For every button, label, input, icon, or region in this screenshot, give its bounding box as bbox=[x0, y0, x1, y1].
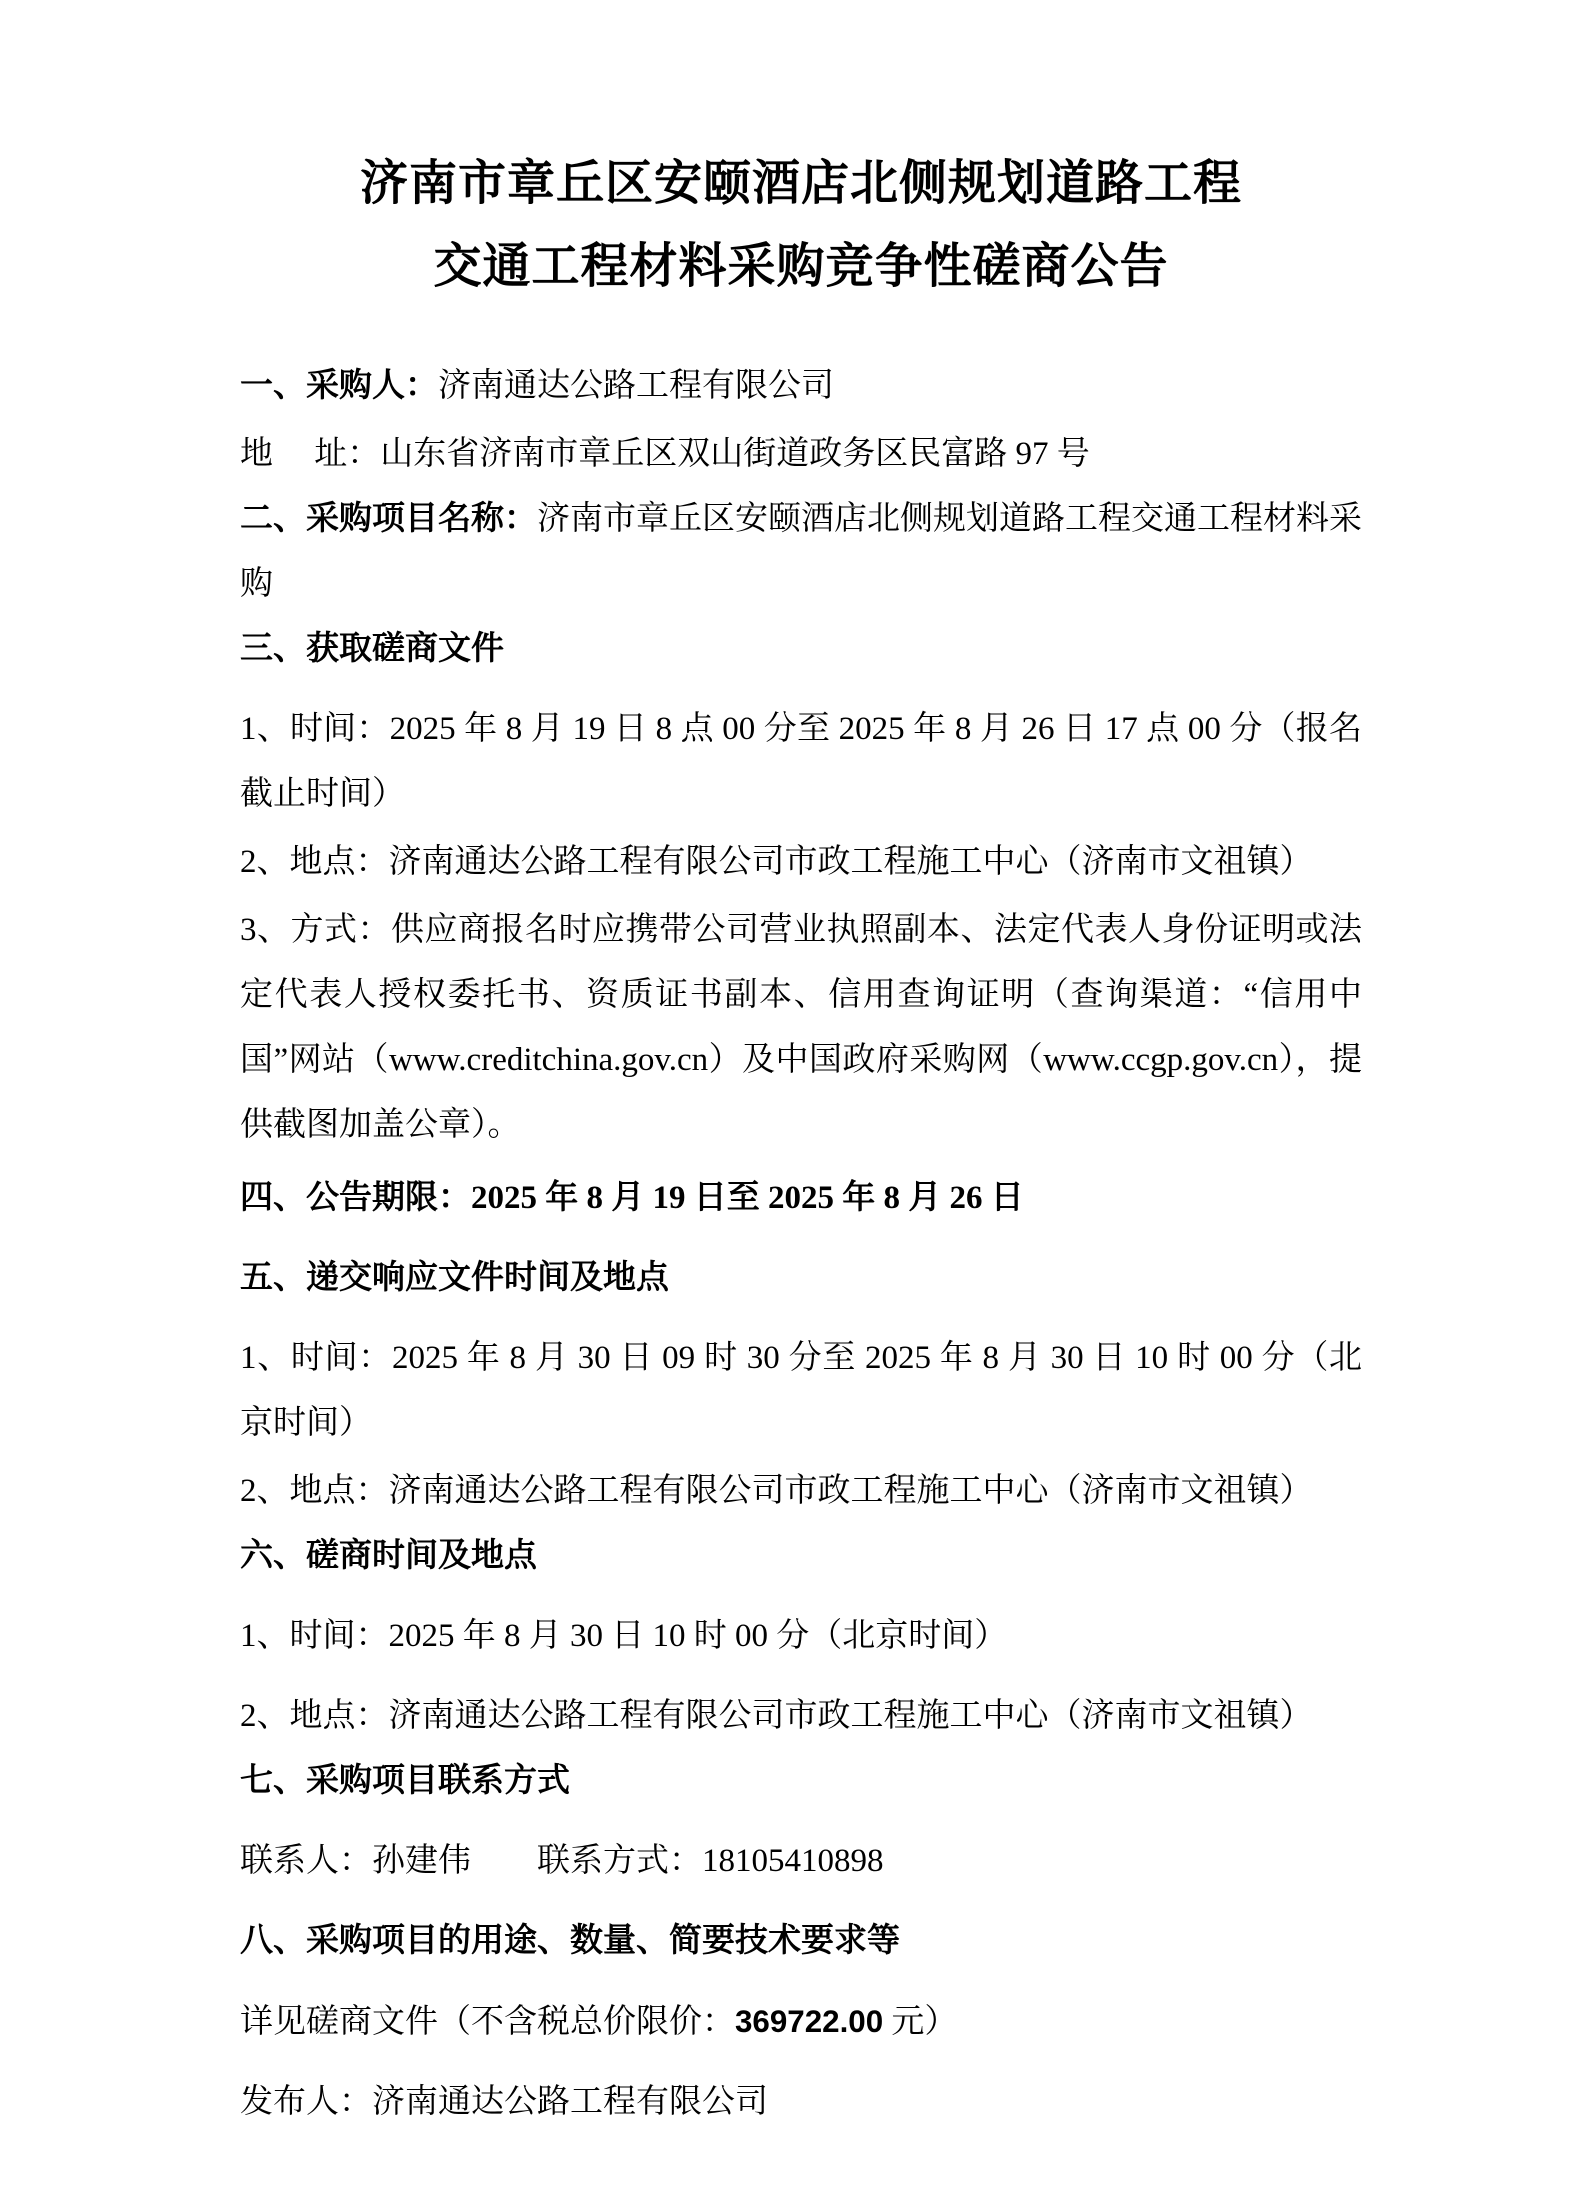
detail-suffix-text: 元） bbox=[883, 2004, 957, 2040]
section-3-item-3-method: 3、方式：供应商报名时应携带公司营业执照副本、法定代表人身份证明或法定代表人授权… bbox=[240, 898, 1362, 1158]
section-5-location-text: 2、地点：济南通达公路工程有限公司市政工程施工中心（济南市文祖镇） bbox=[240, 1473, 1313, 1509]
purchaser-label: 一、采购人： bbox=[240, 368, 438, 404]
purchaser-address: 地 址：山东省济南市章丘区双山街道政务区民富路 97 号 bbox=[240, 422, 1362, 487]
section-4-announcement-period: 四、公告期限：2025 年 8 月 19 日至 2025 年 8 月 26 日 bbox=[240, 1166, 1362, 1231]
document-title: 济南市章丘区安颐酒店北侧规划道路工程 交通工程材料采购竞争性磋商公告 bbox=[240, 142, 1362, 308]
section-1-purchaser: 一、采购人：济南通达公路工程有限公司 bbox=[240, 354, 1362, 419]
section-7-heading: 七、采购项目联系方式 bbox=[240, 1749, 1362, 1814]
section-3-method-text: 3、方式：供应商报名时应携带公司营业执照副本、法定代表人身份证明或法定代表人授权… bbox=[240, 912, 1362, 1143]
section-6-time-text: 1、时间：2025 年 8 月 30 日 10 时 00 分（北京时间） bbox=[240, 1618, 1007, 1654]
announcement-period-text: 四、公告期限：2025 年 8 月 19 日至 2025 年 8 月 26 日 bbox=[240, 1180, 1024, 1216]
section-6-heading-text: 六、磋商时间及地点 bbox=[240, 1538, 537, 1574]
section-5-time-text: 1、时间：2025 年 8 月 30 日 09 时 30 分至 2025 年 8… bbox=[240, 1340, 1362, 1441]
project-name-label: 二、采购项目名称： bbox=[240, 501, 537, 537]
section-2-project-name: 二、采购项目名称：济南市章丘区安颐酒店北侧规划道路工程交通工程材料采购 bbox=[240, 487, 1362, 617]
price-limit-value: 369722.00 bbox=[735, 2004, 883, 2039]
document-title-line-2: 交通工程材料采购竞争性磋商公告 bbox=[240, 225, 1362, 308]
section-5-heading-text: 五、递交响应文件时间及地点 bbox=[240, 1260, 669, 1296]
document-title-line-1: 济南市章丘区安颐酒店北侧规划道路工程 bbox=[240, 142, 1362, 225]
publisher-text: 发布人：济南通达公路工程有限公司 bbox=[240, 2084, 768, 2120]
publisher: 发布人：济南通达公路工程有限公司 bbox=[240, 2070, 1362, 2135]
section-7-contact: 联系人：孙建伟 联系方式：18105410898 bbox=[240, 1829, 1362, 1894]
section-5-heading: 五、递交响应文件时间及地点 bbox=[240, 1246, 1362, 1311]
section-3-location-text: 2、地点：济南通达公路工程有限公司市政工程施工中心（济南市文祖镇） bbox=[240, 844, 1313, 880]
section-5-item-2-location: 2、地点：济南通达公路工程有限公司市政工程施工中心（济南市文祖镇） bbox=[240, 1459, 1362, 1524]
section-3-item-1-time: 1、时间：2025 年 8 月 19 日 8 点 00 分至 2025 年 8 … bbox=[240, 697, 1362, 827]
section-3-item-2-location: 2、地点：济南通达公路工程有限公司市政工程施工中心（济南市文祖镇） bbox=[240, 830, 1362, 895]
contact-text: 联系人：孙建伟 联系方式：18105410898 bbox=[240, 1843, 884, 1879]
section-5-item-1-time: 1、时间：2025 年 8 月 30 日 09 时 30 分至 2025 年 8… bbox=[240, 1326, 1362, 1456]
section-3-heading: 三、获取磋商文件 bbox=[240, 617, 1362, 682]
section-3-time-text: 1、时间：2025 年 8 月 19 日 8 点 00 分至 2025 年 8 … bbox=[240, 711, 1362, 812]
address-text: 地 址：山东省济南市章丘区双山街道政务区民富路 97 号 bbox=[240, 436, 1090, 472]
section-7-heading-text: 七、采购项目联系方式 bbox=[240, 1763, 570, 1799]
section-8-heading: 八、采购项目的用途、数量、简要技术要求等 bbox=[240, 1909, 1362, 1974]
purchaser-value: 济南通达公路工程有限公司 bbox=[438, 368, 834, 404]
section-6-item-1-time: 1、时间：2025 年 8 月 30 日 10 时 00 分（北京时间） bbox=[240, 1604, 1362, 1669]
section-3-heading-text: 三、获取磋商文件 bbox=[240, 631, 504, 667]
section-8-detail: 详见磋商文件（不含税总价限价：369722.00 元） bbox=[240, 1989, 1362, 2055]
section-6-location-text: 2、地点：济南通达公路工程有限公司市政工程施工中心（济南市文祖镇） bbox=[240, 1698, 1313, 1734]
section-8-heading-text: 八、采购项目的用途、数量、简要技术要求等 bbox=[240, 1923, 900, 1959]
document-body: 一、采购人：济南通达公路工程有限公司 地 址：山东省济南市章丘区双山街道政务区民… bbox=[240, 354, 1362, 2135]
section-6-heading: 六、磋商时间及地点 bbox=[240, 1524, 1362, 1589]
detail-prefix-text: 详见磋商文件（不含税总价限价： bbox=[240, 2004, 735, 2040]
document-page: 济南市章丘区安颐酒店北侧规划道路工程 交通工程材料采购竞争性磋商公告 一、采购人… bbox=[0, 0, 1587, 2204]
section-6-item-2-location: 2、地点：济南通达公路工程有限公司市政工程施工中心（济南市文祖镇） bbox=[240, 1684, 1362, 1749]
